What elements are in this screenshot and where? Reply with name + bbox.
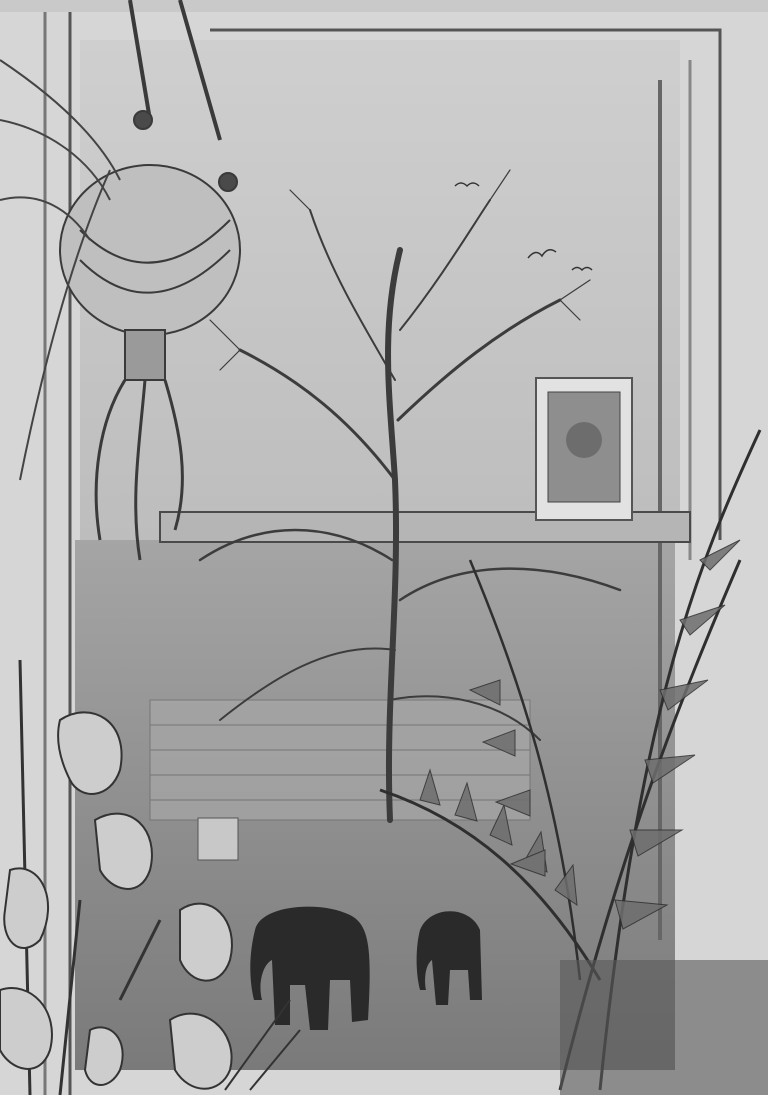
pencil-drawing	[0, 0, 768, 1095]
garden-plaque	[198, 818, 238, 860]
framed-picture	[536, 378, 632, 520]
